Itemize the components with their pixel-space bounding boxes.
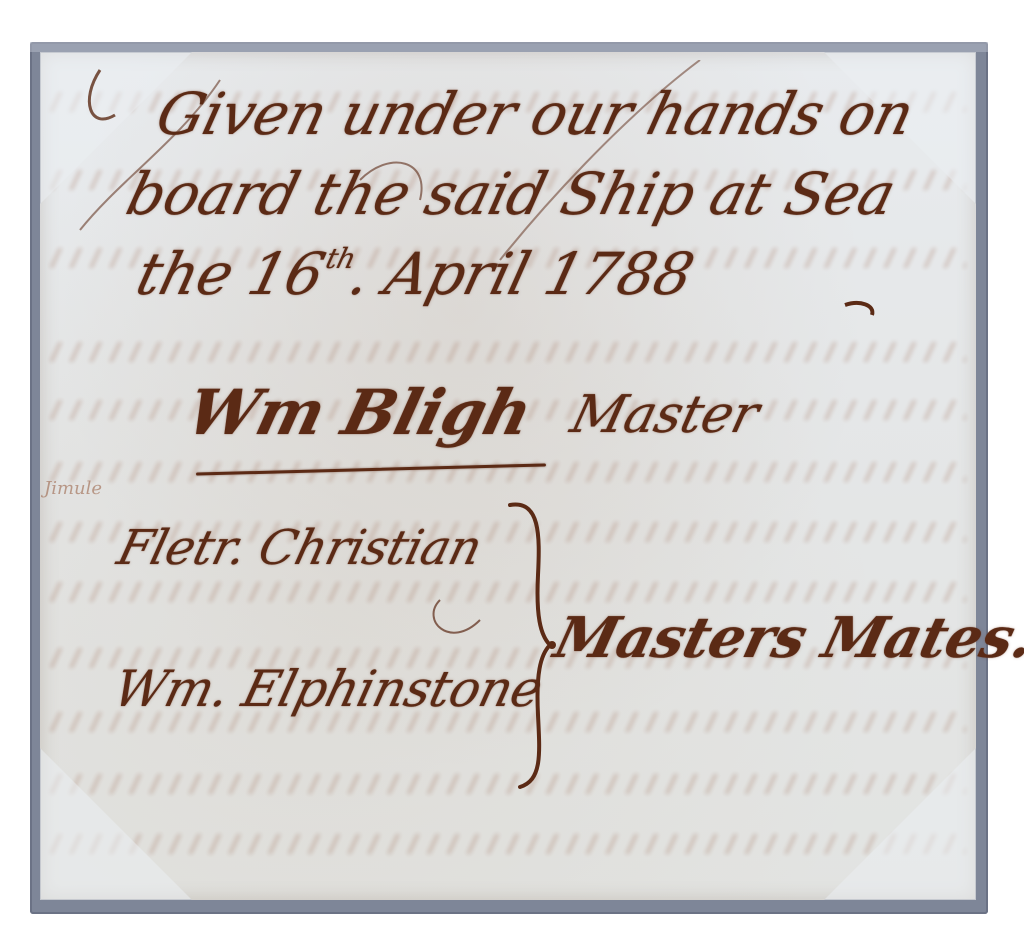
signature-mate-1: Fletr. Christian (112, 520, 487, 576)
margin-note: Jimule (44, 478, 102, 499)
signature-master-name: Wm Bligh (180, 376, 539, 449)
date-month-year: . April 1788 (343, 240, 701, 308)
signature-mate-2: Wm. Elphinstone (108, 660, 548, 718)
body-line-1: Given under our hands on (150, 80, 920, 148)
date-day: the 16 (130, 240, 331, 308)
signature-mates-title: Masters Mates. (548, 605, 1024, 671)
mount-edge (30, 42, 988, 52)
body-line-3-date: the 16th. April 1788 (130, 240, 700, 308)
signature-master-title: Master (565, 385, 764, 445)
body-line-2: board the said Ship at Sea (120, 160, 902, 228)
